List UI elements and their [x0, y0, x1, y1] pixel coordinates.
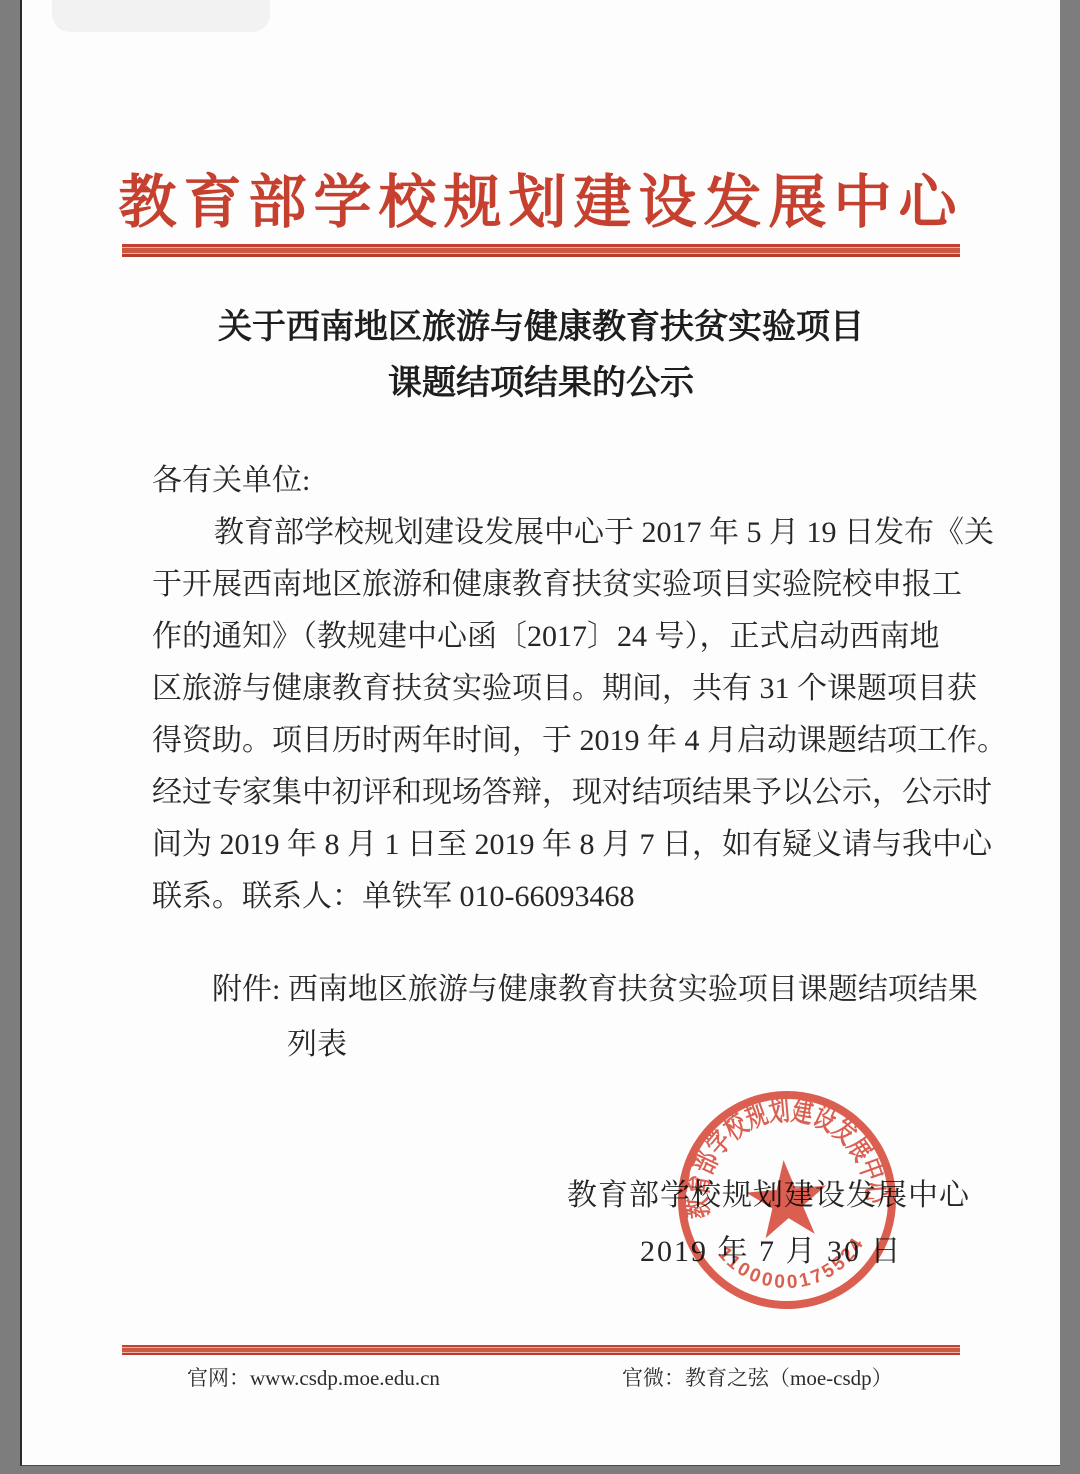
body-text-line: 经过专家集中初评和现场答辩，现对结项结果予以公示，公示时	[152, 767, 964, 819]
letterhead-org-name: 教育部学校规划建设发展中心	[22, 155, 1060, 239]
body-text-line: 间为 2019 年 8 月 1 日至 2019 年 8 月 7 日，如有疑义请与…	[152, 819, 964, 871]
document-title-line2: 课题结项结果的公示	[22, 356, 1060, 412]
body-text-line: 区旅游与健康教育扶贫实验项目。期间，共有 31 个课题项目获	[152, 663, 964, 715]
page-counter-pill: 1/1	[52, 0, 270, 32]
header-red-rule	[122, 244, 960, 257]
footer-weibo-account: 教育之弦（moe-csdp）	[685, 1366, 893, 1390]
body-text-line: 联系。联系人：单铁军 010-66093468	[152, 871, 964, 923]
footer-website-label: 官网：	[187, 1366, 250, 1390]
document-page: 1/1 教育部学校规划建设发展中心 关于西南地区旅游与健康教育扶贫实验项目 课题…	[20, 0, 1060, 1466]
footer-website: 官网：www.csdp.moe.edu.cn	[187, 1362, 440, 1392]
official-red-seal: 教育部学校规划建设发展中心 1100000175524	[637, 1050, 937, 1350]
scanned-document-viewer: { "page_counter": "1/1", "colors": { "ac…	[0, 0, 1080, 1474]
footer-weibo: 官微：教育之弦（moe-csdp）	[622, 1362, 893, 1392]
page-counter-text: 1/1	[126, 0, 180, 4]
body-text-line: 作的通知》（教规建中心函〔2017〕24 号），正式启动西南地	[152, 611, 964, 663]
attachment-line1: 附件: 西南地区旅游与健康教育扶贫实验项目课题结项结果	[152, 962, 964, 1017]
red-star-icon	[744, 1157, 830, 1240]
body-text-line: 教育部学校规划建设发展中心于 2017 年 5 月 19 日发布《关	[152, 507, 964, 559]
salutation: 各有关单位:	[152, 455, 964, 507]
body-text-line: 得资助。项目历时两年时间，于 2019 年 4 月启动课题结项工作。	[152, 715, 964, 767]
footer-website-url: www.csdp.moe.edu.cn	[250, 1366, 440, 1390]
body-text-line: 于开展西南地区旅游和健康教育扶贫实验项目实验院校申报工	[152, 559, 964, 611]
document-title: 关于西南地区旅游与健康教育扶贫实验项目 课题结项结果的公示	[22, 300, 1060, 412]
document-body: 各有关单位: 教育部学校规划建设发展中心于 2017 年 5 月 19 日发布《…	[152, 455, 964, 923]
footer-weibo-label: 官微：	[622, 1366, 685, 1390]
document-title-line1: 关于西南地区旅游与健康教育扶贫实验项目	[22, 300, 1060, 356]
